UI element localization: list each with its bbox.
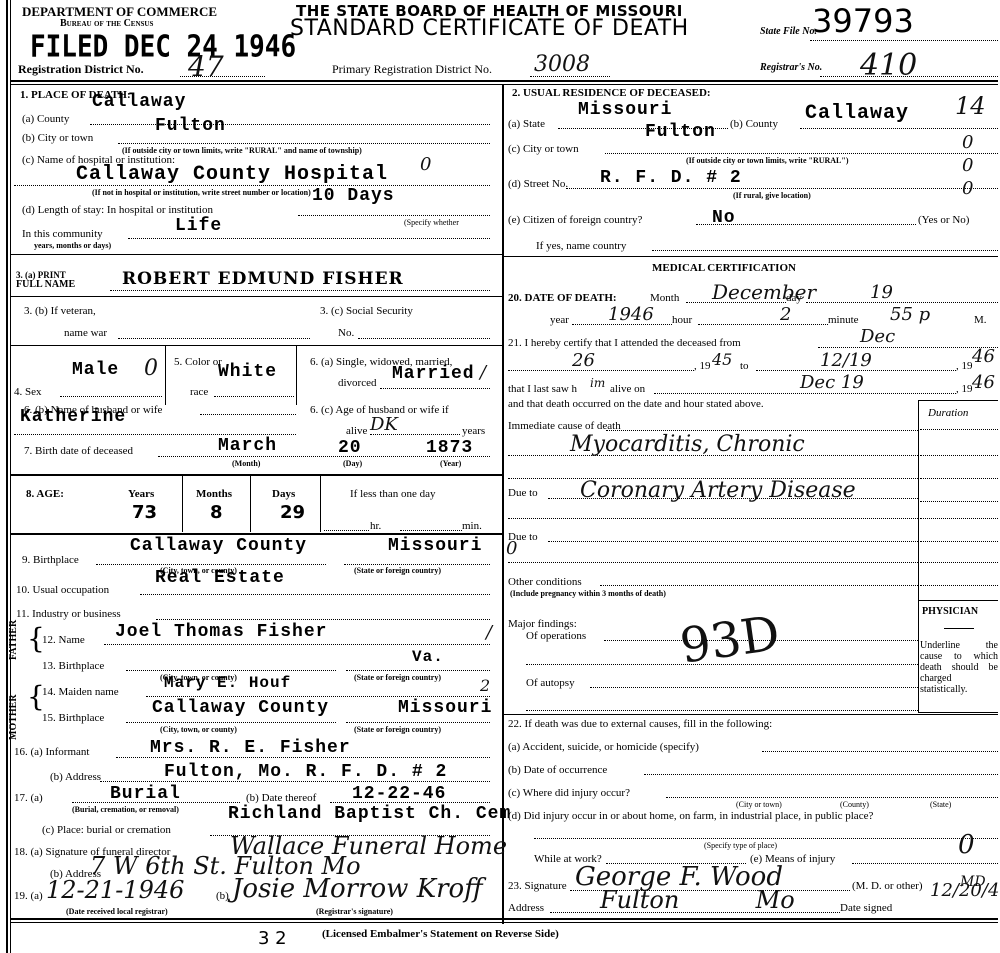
registration-district-value: 47 xyxy=(188,50,224,83)
birth-label: 7. Birth date of deceased xyxy=(24,445,133,457)
age-months-label: Months xyxy=(196,488,232,500)
burial-caption: (Burial, cremation, or removal) xyxy=(72,805,179,814)
father-birth-label: 13. Birthplace xyxy=(42,660,104,672)
bureau-subtitle: Bureau of the Census xyxy=(60,18,153,29)
duration-line-8 xyxy=(920,585,998,586)
death-month-line xyxy=(686,302,786,303)
autopsy-label: Of autopsy xyxy=(526,677,575,689)
father-birth-state-caption: (State or foreign country) xyxy=(354,673,441,682)
header-rule-2 xyxy=(10,84,998,85)
registrar-sig-label: (b) xyxy=(216,890,229,902)
death-county-value: Callaway xyxy=(92,92,186,112)
death-minute-label: minute xyxy=(828,314,859,326)
age-months-value: 8 xyxy=(210,502,223,523)
birth-month: March xyxy=(218,436,277,456)
other-conditions-line xyxy=(600,585,918,586)
attended-to-value: 12/19 xyxy=(820,350,872,371)
duration-line-1 xyxy=(920,429,998,430)
hospital-line xyxy=(14,185,490,186)
mother-side-label: MOTHER xyxy=(8,694,19,740)
spouse-line-2 xyxy=(14,434,296,435)
duration-line-3 xyxy=(920,478,998,479)
spouse-value: Katherine xyxy=(20,407,126,427)
registrar-sig-value: Josie Morrow Kroff xyxy=(232,874,483,904)
residence-street-note: (If rural, give location) xyxy=(733,191,811,200)
burial-date-value: 12-22-46 xyxy=(352,784,446,804)
registrar-label: Registrar's No. xyxy=(760,62,822,73)
age-divider-2 xyxy=(250,476,251,532)
medical-rule xyxy=(502,714,998,715)
burial-label: 17. (a) xyxy=(14,792,43,804)
death-day-line xyxy=(806,302,998,303)
date-of-death-label: 20. DATE OF DEATH: xyxy=(508,292,617,304)
residence-street-code: 0 xyxy=(962,155,973,176)
residence-heading: 2. USUAL RESIDENCE OF DECEASED: xyxy=(512,87,711,99)
operations-label: Of operations xyxy=(526,630,586,642)
physician-address-line xyxy=(550,912,840,913)
major-findings-label: Major findings: xyxy=(508,618,577,630)
stay-label: (d) Length of stay: In hospital or insti… xyxy=(22,204,213,216)
duration-line-5 xyxy=(920,518,998,519)
from-year-prefix: , 19 xyxy=(694,360,711,372)
birthplace-state-caption: (State or foreign country) xyxy=(354,566,441,575)
due-to-2-line xyxy=(548,541,918,542)
external-c-label: (c) Where did injury occur? xyxy=(508,787,630,799)
immediate-cause-label: Immediate cause of death xyxy=(508,420,621,432)
death-year-value: 1946 xyxy=(608,304,654,325)
header-rule xyxy=(10,80,998,82)
burial-line xyxy=(72,802,240,803)
registrar-date-value: 12-21-1946 xyxy=(46,876,184,904)
father-code: / xyxy=(486,622,492,643)
to-label: to xyxy=(740,360,749,372)
footer-rule xyxy=(10,918,998,920)
external-c-line xyxy=(666,797,998,798)
date-signed-label: Date signed xyxy=(840,902,892,914)
age-label: 8. AGE: xyxy=(26,488,64,500)
birthplace-city-line xyxy=(96,564,326,565)
birthplace-label: 9. Birthplace xyxy=(22,554,79,566)
residence-state-label: (a) State xyxy=(508,118,545,130)
page-mark: 3 2 xyxy=(258,928,287,949)
death-m-label: M. xyxy=(974,314,987,326)
race-line xyxy=(214,396,294,397)
state-file-label: State File No. xyxy=(760,26,817,37)
residence-street-value: R. F. D. # 2 xyxy=(600,168,742,188)
birth-rule xyxy=(10,474,502,476)
external-a-label: (a) Accident, suicide, or homicide (spec… xyxy=(508,741,699,753)
date-signed-value: 12/20/46 xyxy=(930,880,1000,901)
external-b-label: (b) Date of occurrence xyxy=(508,764,607,776)
year-caption: (Year) xyxy=(440,459,461,468)
name-rule xyxy=(10,296,502,297)
age-rule xyxy=(10,533,502,535)
burial-date-line xyxy=(330,802,490,803)
physician-address-label: Address xyxy=(508,902,544,914)
external-state-caption: (State) xyxy=(930,800,951,809)
last-saw-year: 46 xyxy=(972,372,995,393)
last-saw-year-prefix: , 19 xyxy=(956,383,973,395)
death-month-label: Month xyxy=(650,292,679,304)
registrar-value: 410 xyxy=(860,48,917,83)
burial-place-label: (c) Place: burial or cremation xyxy=(42,824,171,836)
ss-no-label: No. xyxy=(338,327,354,339)
name-label: FULL NAME xyxy=(16,279,75,290)
immediate-cause-value: Myocarditis, Chronic xyxy=(570,432,805,457)
mother-birth-city-value: Callaway County xyxy=(152,698,329,718)
autopsy-line-2 xyxy=(526,710,918,711)
father-name-label: 12. Name xyxy=(42,634,85,646)
industry-line xyxy=(156,619,490,620)
death-hour-line xyxy=(698,324,828,325)
race-divider xyxy=(296,345,297,405)
last-saw-line xyxy=(654,393,956,394)
min-line xyxy=(400,530,462,531)
father-name-line xyxy=(104,644,490,645)
hr-line xyxy=(324,530,369,531)
race-label: race xyxy=(190,386,208,398)
mother-birth-state-caption: (State or foreign country) xyxy=(354,725,441,734)
age-days-label: Days xyxy=(272,488,295,500)
death-city-value: Fulton xyxy=(155,116,226,136)
informant-value: Mrs. R. E. Fisher xyxy=(150,738,351,758)
hospital-value: Callaway County Hospital xyxy=(76,163,388,186)
mother-birth-state-value: Missouri xyxy=(398,698,492,718)
citizen-label: (e) Citizen of foreign country? xyxy=(508,214,642,226)
father-birth-value: Va. xyxy=(412,648,444,666)
physician-bottom-rule xyxy=(918,712,998,713)
veteran-label: 3. (b) If veteran, xyxy=(24,305,96,317)
alive-on-label: alive on xyxy=(610,383,645,395)
marital-value: Married xyxy=(392,364,475,384)
spouse-age-line xyxy=(370,434,460,435)
attended-from-day: 26 xyxy=(572,350,595,371)
center-divider xyxy=(502,84,504,924)
due-to-1-line-2 xyxy=(508,518,918,519)
attended-to-year: 46 xyxy=(972,346,995,367)
mother-name-value: Mary E. Houf xyxy=(164,674,291,692)
duration-top-rule xyxy=(918,400,998,401)
death-year-label: year xyxy=(550,314,569,326)
spouse-line xyxy=(200,414,296,415)
full-name-value: ROBERT EDMUND FISHER xyxy=(122,269,404,289)
month-caption: (Month) xyxy=(232,459,260,468)
external-a-line xyxy=(762,751,998,752)
less-than-day-label: If less than one day xyxy=(350,488,436,500)
death-city-line xyxy=(118,143,490,144)
father-name-value: Joel Thomas Fisher xyxy=(115,622,327,642)
father-birth-state-line xyxy=(346,670,490,671)
divorced-label: divorced xyxy=(338,377,376,389)
state-file-line xyxy=(810,40,998,41)
death-hour-value: 2 xyxy=(780,304,791,325)
death-county-label: (a) County xyxy=(22,113,69,125)
registrar-sig-caption: (Registrar's signature) xyxy=(316,907,393,916)
other-conditions-note: (Include pregnancy within 3 months of de… xyxy=(510,589,666,598)
primary-district-label: Primary Registration District No. xyxy=(332,62,492,77)
residence-state-value: Missouri xyxy=(578,100,672,120)
citizen-line xyxy=(696,224,916,225)
birthplace-city-value: Callaway County xyxy=(130,536,307,556)
age-years-value: 73 xyxy=(132,502,157,523)
hr-label: hr. xyxy=(370,520,381,532)
external-b-line xyxy=(644,774,998,775)
signature-label: 23. Signature xyxy=(508,880,567,892)
physician-label: PHYSICIAN xyxy=(922,606,978,617)
death-minute-value: 55 p xyxy=(890,304,930,325)
day-caption: (Day) xyxy=(343,459,362,468)
certificate-title: STANDARD CERTIFICATE OF DEATH xyxy=(290,16,689,41)
burial-place-value: Richland Baptist Ch. Cem xyxy=(228,804,511,824)
informant-address-line xyxy=(100,781,490,782)
due-to-1-line xyxy=(548,498,918,499)
burial-date-label: (b) Date thereof xyxy=(246,792,316,804)
duration-label: Duration xyxy=(928,407,968,419)
residence-county-value: Callaway xyxy=(805,102,909,125)
informant-address-label: (b) Address xyxy=(50,771,101,783)
external-d-line xyxy=(534,838,998,839)
death-hour-label: hour xyxy=(672,314,692,326)
registrar-row-label: 19. (a) xyxy=(14,890,43,902)
residence-city-note: (If outside city or town limits, write "… xyxy=(686,156,849,165)
color-label: 5. Color or xyxy=(174,356,222,368)
left-border xyxy=(6,0,8,953)
section-rule xyxy=(10,254,502,255)
residence-rule xyxy=(502,256,998,257)
sex-divider xyxy=(165,345,166,405)
informant-label: 16. (a) Informant xyxy=(14,746,89,758)
industry-label: 11. Industry or business xyxy=(16,608,121,620)
last-saw-label: that I last saw h xyxy=(508,383,577,395)
citizen-note: (Yes or No) xyxy=(918,214,969,226)
residence-county-label: (b) County xyxy=(730,118,778,130)
residence-street-code-2: 0 xyxy=(962,178,973,199)
death-year-line xyxy=(572,324,672,325)
community-label: In this community xyxy=(22,228,103,240)
spouse-age-value: DK xyxy=(370,414,398,435)
filed-stamp: FILED DEC 24 1946 xyxy=(30,30,296,65)
age-divider-3 xyxy=(320,476,321,532)
last-saw-value: Dec 19 xyxy=(800,372,864,393)
war-line xyxy=(118,338,310,339)
external-heading: 22. If death was due to external causes,… xyxy=(508,718,772,730)
birth-year: 1873 xyxy=(426,438,473,458)
means-code: 0 xyxy=(958,830,975,860)
sex-value: Male xyxy=(72,360,119,380)
birth-day: 20 xyxy=(338,438,362,458)
other-conditions-label: Other conditions xyxy=(508,576,582,588)
stay-value: 10 Days xyxy=(312,186,395,206)
community-line xyxy=(128,238,490,239)
residence-county-line xyxy=(800,128,998,129)
occupation-label: 10. Usual occupation xyxy=(16,584,109,596)
autopsy-line xyxy=(590,687,918,688)
attended-from-value: Dec xyxy=(860,326,895,347)
external-city-caption: (City or town) xyxy=(736,800,782,809)
min-label: min. xyxy=(462,520,482,532)
due-to-1-label: Due to xyxy=(508,487,538,499)
due-to-2-code: 0 xyxy=(506,538,517,559)
medical-heading: MEDICAL CERTIFICATION xyxy=(652,262,796,274)
age-days-value: 29 xyxy=(280,502,305,523)
duration-line-2 xyxy=(920,455,998,456)
attended-from-day-line xyxy=(508,370,694,371)
means-line xyxy=(852,863,998,864)
immediate-cause-line-2 xyxy=(508,455,918,456)
mother-code: 2 xyxy=(480,676,490,695)
death-city-label: (b) City or town xyxy=(22,132,93,144)
marital-code: / xyxy=(480,362,486,383)
certify-label: 21. I hereby certify that I attended the… xyxy=(508,337,741,349)
father-birth-city-line xyxy=(126,670,336,671)
marital-line xyxy=(380,388,490,389)
duration-line-4 xyxy=(920,501,998,502)
md-label: (M. D. or other) xyxy=(852,880,923,892)
duration-line-6 xyxy=(920,541,998,542)
mother-name-line xyxy=(146,696,490,697)
state-file-value: 39793 xyxy=(812,2,914,40)
community-value: Life xyxy=(175,216,222,236)
country-line xyxy=(652,250,998,251)
age-divider-1 xyxy=(182,476,183,532)
alive-label: alive xyxy=(346,425,367,437)
residence-city-line xyxy=(605,153,998,154)
underline-note: Underline the cause to which death shoul… xyxy=(920,640,998,695)
mother-birth-state-line xyxy=(346,722,490,723)
country-label: If yes, name country xyxy=(536,240,626,252)
immediate-cause-line xyxy=(606,430,918,431)
specify-note: (Specify whether xyxy=(404,218,459,227)
veteran-rule xyxy=(10,345,502,346)
physician-rule xyxy=(944,628,974,629)
hospital-note: (If not in hospital or institution, writ… xyxy=(92,188,311,197)
registration-district-label: Registration District No. xyxy=(18,62,144,77)
embalmer-note: (Licensed Embalmer's Statement on Revers… xyxy=(322,928,559,940)
mother-birth-label: 15. Birthplace xyxy=(42,712,104,724)
residence-city-value: Fulton xyxy=(645,122,716,142)
stay-line xyxy=(298,215,490,216)
birthplace-state-value: Missouri xyxy=(388,536,482,556)
mother-birth-city-line xyxy=(126,722,336,723)
death-day-label: day xyxy=(786,292,802,304)
ss-line xyxy=(358,338,490,339)
informant-address-value: Fulton, Mo. R. F. D. # 2 xyxy=(164,762,447,782)
sex-label: 4. Sex xyxy=(14,386,42,398)
death-county-line xyxy=(90,124,490,125)
to-year-prefix: , 19 xyxy=(956,360,973,372)
left-border-inner xyxy=(10,0,11,953)
specify-place-caption: (Specify type of place) xyxy=(704,841,777,850)
primary-district-value: 3008 xyxy=(534,52,590,77)
hospital-code: 0 xyxy=(420,154,431,175)
registrar-date-caption: (Date received local registrar) xyxy=(66,907,168,916)
years-label: years xyxy=(462,425,485,437)
occupation-value: Real Estate xyxy=(155,568,285,588)
informant-line xyxy=(116,757,490,758)
external-county-caption: (County) xyxy=(840,800,869,809)
birthplace-state-line xyxy=(344,564,490,565)
residence-county-code: 14 xyxy=(955,92,986,120)
sex-line xyxy=(60,396,162,397)
community-note: years, months or days) xyxy=(34,241,111,250)
citizen-value: No xyxy=(712,208,736,228)
name-line xyxy=(110,290,490,291)
attended-from-line xyxy=(818,347,998,348)
attended-to-line xyxy=(756,370,956,371)
race-value: White xyxy=(218,362,277,382)
attended-from-year: 45 xyxy=(712,350,732,369)
sex-code: 0 xyxy=(144,356,158,381)
last-saw-him: im xyxy=(590,376,605,390)
footer-rule-2 xyxy=(10,922,998,923)
due-to-2-line-2 xyxy=(508,562,918,563)
residence-city-code: 0 xyxy=(962,132,973,153)
duration-bottom-rule xyxy=(918,600,998,601)
due-to-1-value: Coronary Artery Disease xyxy=(580,478,856,503)
residence-city-label: (c) City or town xyxy=(508,143,579,155)
burial-value: Burial xyxy=(110,784,181,804)
death-day-value: 19 xyxy=(870,282,893,303)
occupation-line xyxy=(140,594,490,595)
residence-street-line xyxy=(566,188,998,189)
age-years-label: Years xyxy=(128,488,154,500)
residence-street-label: (d) Street No. xyxy=(508,178,568,190)
war-label: name war xyxy=(64,327,107,339)
ss-label: 3. (c) Social Security xyxy=(320,305,413,317)
mother-name-label: 14. Maiden name xyxy=(42,686,119,698)
duration-divider xyxy=(918,400,919,712)
external-d-label: (d) Did injury occur in or about home, o… xyxy=(508,810,873,822)
occurred-label: and that death occurred on the date and … xyxy=(508,398,764,410)
mother-birth-city-caption: (City, town, or county) xyxy=(160,725,237,734)
physician-address-value: Fulton Mo xyxy=(600,886,795,914)
father-side-label: FATHER xyxy=(8,620,19,660)
duration-line-7 xyxy=(920,562,998,563)
